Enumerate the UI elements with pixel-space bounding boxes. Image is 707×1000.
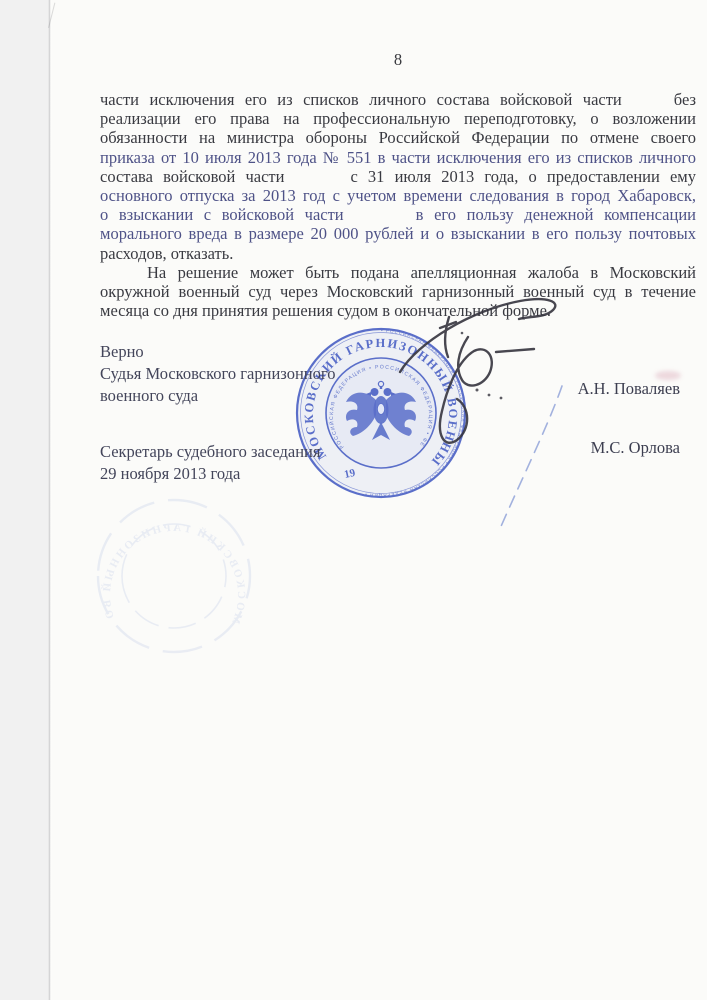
page-edge-crease (48, 0, 52, 1000)
redaction-gap (344, 219, 416, 220)
body-line: приказа от 10 июля 2013 года № 551 в час… (100, 148, 696, 167)
body-line: окружной военный суд через Московский га… (100, 282, 696, 301)
page-number: 8 (100, 50, 696, 70)
redaction-gap (284, 181, 350, 182)
body-line: На решение может быть подана апелляционн… (100, 263, 696, 282)
redaction-gap (622, 104, 674, 105)
body-line: расходов, отказать. (100, 244, 696, 263)
ghost-stamp-group: МОСКОВСКИЙ ГАРНИЗОННЫЙ ВОЕННЫЙ СУД (98, 492, 262, 652)
scanned-court-document: 8 части исключения его из списков личног… (0, 0, 707, 1000)
body-line: обязанности на министра обороны Российск… (100, 128, 696, 147)
ink-smudge (655, 371, 681, 380)
paragraph: части исключения его из списков личного … (100, 90, 696, 263)
bleed-through-stamp: МОСКОВСКИЙ ГАРНИЗОННЫЙ ВОЕННЫЙ СУД (86, 492, 262, 668)
body-line: части исключения его из списков личного … (100, 90, 696, 109)
body-line: морального вреда в размере 20 000 рублей… (100, 224, 696, 243)
body-line: реализации его права на профессиональную… (100, 109, 696, 128)
court-seal-stamp: • РОССИЙСКАЯ ФЕДЕРАЦИЯ • РОССИЙСКАЯ ФЕДЕ… (293, 326, 469, 502)
body-line: состава войсковой частис 31 июля 2013 го… (100, 167, 696, 186)
body-line: основного отпуска за 2013 год с учетом в… (100, 186, 696, 205)
body-line: месяца со дня принятия решения судом в о… (100, 301, 696, 320)
body-text: части исключения его из списков личного … (100, 90, 696, 320)
paragraph: На решение может быть подана апелляционн… (100, 263, 696, 321)
body-line: о взыскании с войсковой частив его польз… (100, 205, 696, 224)
scanner-background (0, 0, 50, 1000)
